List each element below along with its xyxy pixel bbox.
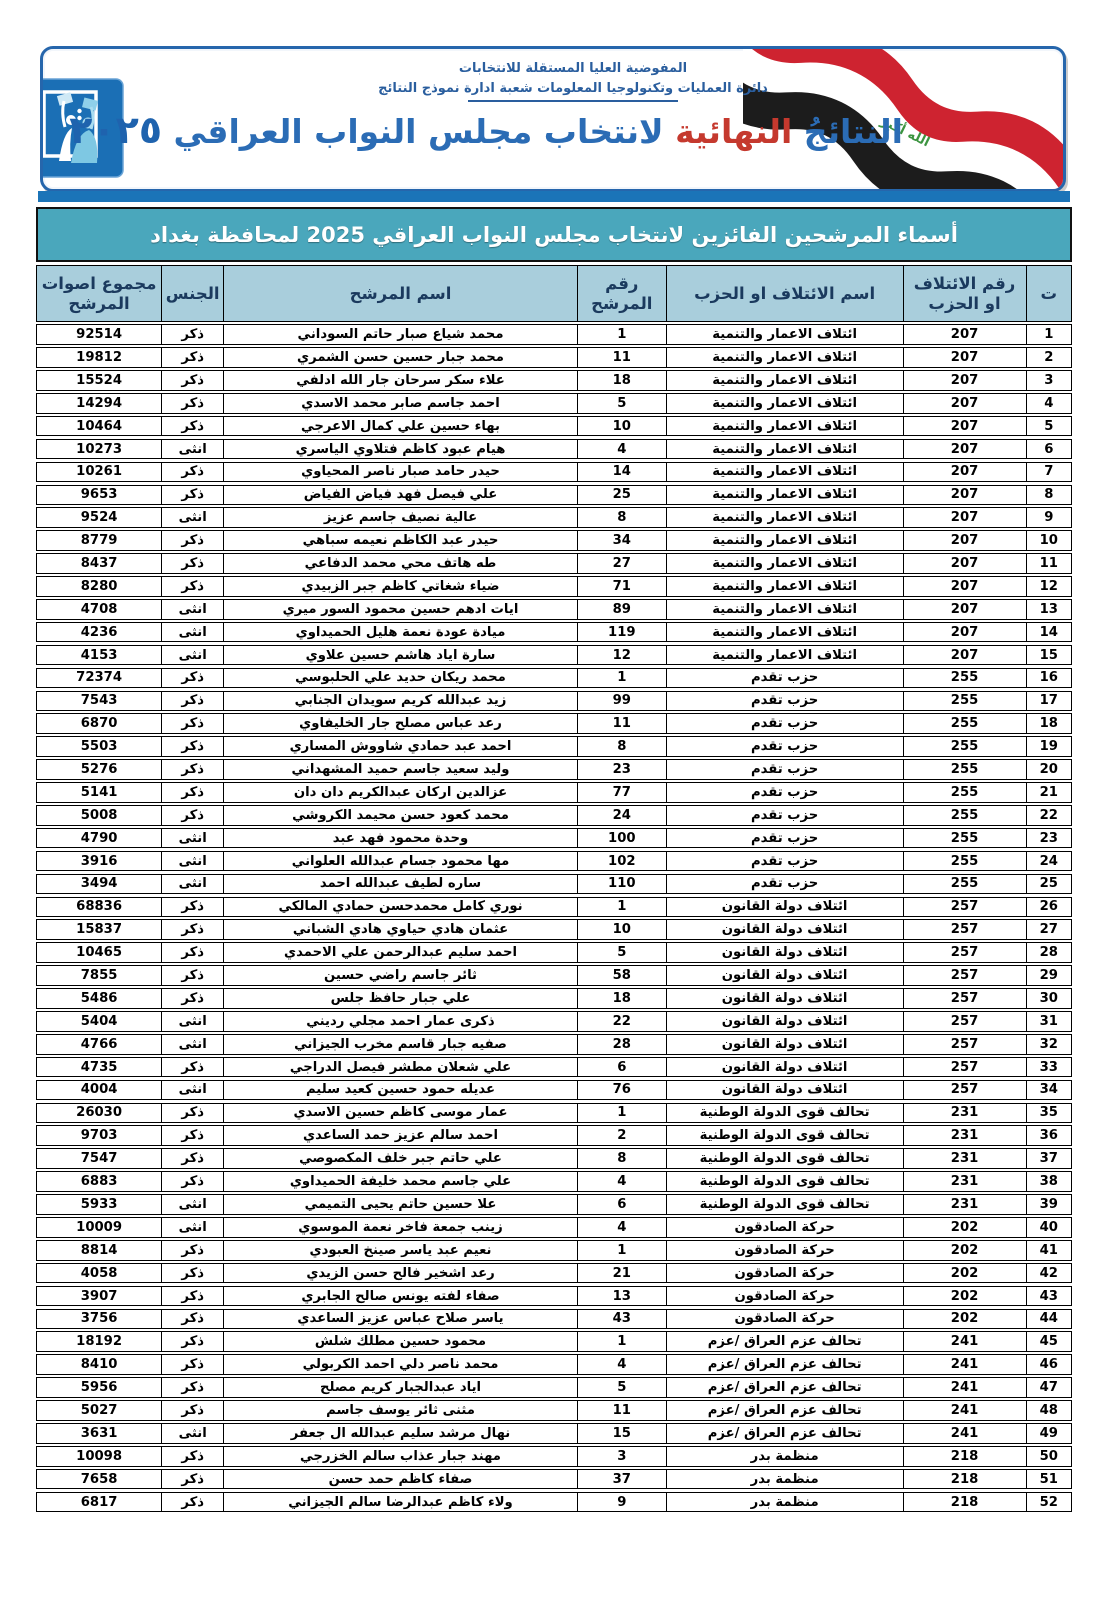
cell-coalition_name: ائتلاف دولة القانون: [667, 1058, 904, 1077]
table-row: 7207ائتلاف الاعمار والتنمية14حيدر حامد ص…: [36, 462, 1072, 483]
cell-seq: 1: [1027, 325, 1071, 344]
cell-votes: 4058: [37, 1264, 162, 1283]
cell-votes: 5027: [37, 1401, 162, 1420]
cell-coalition_no: 255: [904, 692, 1027, 711]
table-row: 45241تحالف عزم العراق /عزم1محمود حسين مط…: [36, 1331, 1072, 1352]
cell-votes: 5933: [37, 1195, 162, 1214]
cell-coalition_name: منظمة بدر: [667, 1493, 904, 1512]
cell-coalition_name: تحالف قوى الدولة الوطنية: [667, 1104, 904, 1123]
cell-gender: ذكر: [162, 1447, 224, 1466]
cell-gender: ذكر: [162, 1378, 224, 1397]
cell-coalition_no: 218: [904, 1493, 1027, 1512]
cell-coalition_name: ائتلاف الاعمار والتنمية: [667, 417, 904, 436]
cell-candidate_no: 11: [578, 348, 667, 367]
cell-coalition_no: 207: [904, 531, 1027, 550]
table-row: 16255حزب تقدم1محمد ريكان حديد علي الحلبو…: [36, 668, 1072, 689]
cell-coalition_no: 255: [904, 875, 1027, 894]
title-year: ٢٠٢٥: [69, 108, 162, 152]
header-divider: [468, 100, 678, 102]
cell-coalition_no: 257: [904, 1035, 1027, 1054]
cell-votes: 92514: [37, 325, 162, 344]
cell-candidate_name: وليد سعيد جاسم حميد المشهداني: [224, 760, 578, 779]
cell-gender: انثى: [162, 1035, 224, 1054]
cell-candidate_no: 71: [578, 577, 667, 596]
cell-coalition_no: 207: [904, 394, 1027, 413]
cell-candidate_no: 76: [578, 1081, 667, 1100]
cell-seq: 18: [1027, 714, 1071, 733]
cell-candidate_name: محمد كعود حسن محيمد الكروشي: [224, 806, 578, 825]
cell-gender: انثى: [162, 1081, 224, 1100]
cell-gender: ذكر: [162, 714, 224, 733]
table-row: 41202حركة الصادقون1نعيم عبد ياسر صينخ ال…: [36, 1240, 1072, 1261]
cell-candidate_name: عالية نصيف جاسم عزيز: [224, 508, 578, 527]
cell-votes: 10098: [37, 1447, 162, 1466]
cell-candidate_no: 11: [578, 714, 667, 733]
cell-seq: 48: [1027, 1401, 1071, 1420]
header-seq: ت: [1027, 266, 1071, 321]
results-table: ت رقم الائتلاف او الحزب اسم الائتلاف او …: [36, 265, 1072, 1512]
title-word-election: لانتخاب مجلس النواب العراقي: [162, 112, 664, 151]
cell-candidate_no: 43: [578, 1310, 667, 1329]
results-document-page: الله أكبر المفوضية العليا المستقلة للانت…: [0, 0, 1108, 1600]
cell-gender: انثى: [162, 646, 224, 665]
cell-seq: 49: [1027, 1424, 1071, 1443]
cell-gender: انثى: [162, 1218, 224, 1237]
cell-coalition_no: 257: [904, 943, 1027, 962]
table-body: 1207ائتلاف الاعمار والتنمية1محمد شياع صب…: [36, 324, 1072, 1512]
table-row: 47241تحالف عزم العراق /عزم5اياد عبدالجبا…: [36, 1377, 1072, 1398]
table-row: 4207ائتلاف الاعمار والتنمية5احمد جاسم صا…: [36, 393, 1072, 414]
cell-coalition_name: تحالف عزم العراق /عزم: [667, 1401, 904, 1420]
cell-coalition_no: 207: [904, 646, 1027, 665]
cell-coalition_no: 257: [904, 1058, 1027, 1077]
cell-gender: ذكر: [162, 463, 224, 482]
cell-coalition_name: ائتلاف دولة القانون: [667, 1012, 904, 1031]
cell-coalition_name: حزب تقدم: [667, 806, 904, 825]
cell-coalition_no: 207: [904, 440, 1027, 459]
cell-candidate_no: 1: [578, 1104, 667, 1123]
cell-seq: 35: [1027, 1104, 1071, 1123]
cell-seq: 8: [1027, 486, 1071, 505]
cell-candidate_name: علي حاتم جبر خلف المكصوصي: [224, 1149, 578, 1168]
cell-gender: ذكر: [162, 1126, 224, 1145]
cell-candidate_no: 12: [578, 646, 667, 665]
cell-gender: ذكر: [162, 1058, 224, 1077]
header-votes: مجموع اصوات المرشح: [37, 266, 162, 321]
cell-candidate_name: صفيه جبار قاسم مخرب الجيزاني: [224, 1035, 578, 1054]
cell-votes: 7855: [37, 966, 162, 985]
cell-votes: 7658: [37, 1470, 162, 1489]
table-row: 27257ائتلاف دولة القانون10عثمان هادي حيا…: [36, 919, 1072, 940]
cell-seq: 2: [1027, 348, 1071, 367]
cell-coalition_name: تحالف قوى الدولة الوطنية: [667, 1126, 904, 1145]
table-row: 40202حركة الصادقون4زينب جمعة فاخر نعمة ا…: [36, 1217, 1072, 1238]
cell-candidate_no: 4: [578, 1172, 667, 1191]
cell-coalition_no: 202: [904, 1241, 1027, 1260]
cell-votes: 8280: [37, 577, 162, 596]
cell-candidate_no: 10: [578, 920, 667, 939]
cell-seq: 46: [1027, 1355, 1071, 1374]
cell-gender: ذكر: [162, 577, 224, 596]
cell-coalition_name: ائتلاف دولة القانون: [667, 1081, 904, 1100]
cell-seq: 30: [1027, 989, 1071, 1008]
cell-coalition_no: 231: [904, 1172, 1027, 1191]
table-row: 14207ائتلاف الاعمار والتنمية119ميادة عود…: [36, 622, 1072, 643]
cell-candidate_name: اياد عبدالجبار كريم مصلح: [224, 1378, 578, 1397]
cell-coalition_name: منظمة بدر: [667, 1447, 904, 1466]
cell-coalition_no: 241: [904, 1355, 1027, 1374]
cell-coalition_name: حزب تقدم: [667, 669, 904, 688]
cell-gender: ذكر: [162, 806, 224, 825]
cell-votes: 4790: [37, 829, 162, 848]
cell-gender: ذكر: [162, 737, 224, 756]
cell-candidate_no: 1: [578, 669, 667, 688]
table-row: 36231تحالف قوى الدولة الوطنية2احمد سالم …: [36, 1125, 1072, 1146]
cell-seq: 25: [1027, 875, 1071, 894]
cell-candidate_no: 4: [578, 1355, 667, 1374]
cell-candidate_no: 5: [578, 394, 667, 413]
cell-seq: 32: [1027, 1035, 1071, 1054]
cell-gender: انثى: [162, 600, 224, 619]
cell-candidate_name: طه هاتف محي محمد الدفاعي: [224, 554, 578, 573]
cell-candidate_name: ضياء شغاتي كاظم جبر الزبيدي: [224, 577, 578, 596]
cell-seq: 47: [1027, 1378, 1071, 1397]
cell-seq: 16: [1027, 669, 1071, 688]
cell-candidate_name: مهند جبار عذاب سالم الخزرجي: [224, 1447, 578, 1466]
cell-coalition_no: 255: [904, 737, 1027, 756]
cell-candidate_no: 27: [578, 554, 667, 573]
cell-votes: 7547: [37, 1149, 162, 1168]
cell-votes: 9703: [37, 1126, 162, 1145]
cell-gender: ذكر: [162, 920, 224, 939]
cell-coalition_name: ائتلاف الاعمار والتنمية: [667, 600, 904, 619]
cell-votes: 3756: [37, 1310, 162, 1329]
cell-seq: 9: [1027, 508, 1071, 527]
cell-seq: 28: [1027, 943, 1071, 962]
cell-coalition_no: 241: [904, 1378, 1027, 1397]
table-row: 37231تحالف قوى الدولة الوطنية8علي حاتم ج…: [36, 1148, 1072, 1169]
cell-candidate_name: بهاء حسين علي كمال الاعرجي: [224, 417, 578, 436]
cell-coalition_name: حزب تقدم: [667, 737, 904, 756]
cell-candidate_no: 5: [578, 943, 667, 962]
table-row: 12207ائتلاف الاعمار والتنمية71ضياء شغاتي…: [36, 576, 1072, 597]
cell-candidate_name: محمد ناصر دلي احمد الكربولي: [224, 1355, 578, 1374]
cell-seq: 52: [1027, 1493, 1071, 1512]
cell-candidate_name: صفاء كاظم حمد حسن: [224, 1470, 578, 1489]
cell-gender: ذكر: [162, 943, 224, 962]
cell-coalition_name: تحالف قوى الدولة الوطنية: [667, 1195, 904, 1214]
cell-candidate_no: 28: [578, 1035, 667, 1054]
cell-gender: ذكر: [162, 1355, 224, 1374]
cell-gender: ذكر: [162, 966, 224, 985]
cell-gender: ذكر: [162, 1172, 224, 1191]
cell-votes: 3907: [37, 1287, 162, 1306]
cell-candidate_name: ميادة عودة نعمة هليل الحميداوي: [224, 623, 578, 642]
cell-coalition_name: تحالف عزم العراق /عزم: [667, 1355, 904, 1374]
cell-candidate_no: 18: [578, 989, 667, 1008]
cell-votes: 5503: [37, 737, 162, 756]
cell-candidate_name: علي شعلان مطشر فيصل الدراجي: [224, 1058, 578, 1077]
cell-gender: انثى: [162, 508, 224, 527]
table-row: 51218منظمة بدر37صفاء كاظم حمد حسنذكر7658: [36, 1469, 1072, 1490]
cell-candidate_no: 6: [578, 1195, 667, 1214]
cell-votes: 15524: [37, 371, 162, 390]
cell-gender: انثى: [162, 829, 224, 848]
cell-seq: 20: [1027, 760, 1071, 779]
cell-candidate_name: عزالدين اركان عبدالكريم دان دان: [224, 783, 578, 802]
cell-gender: ذكر: [162, 554, 224, 573]
page-title: النتائجُ النهائية لانتخاب مجلس النواب ال…: [243, 108, 903, 152]
cell-gender: ذكر: [162, 1264, 224, 1283]
cell-votes: 5956: [37, 1378, 162, 1397]
cell-gender: انثى: [162, 1195, 224, 1214]
cell-votes: 5486: [37, 989, 162, 1008]
cell-coalition_no: 207: [904, 371, 1027, 390]
cell-coalition_no: 257: [904, 898, 1027, 917]
cell-votes: 7543: [37, 692, 162, 711]
cell-coalition_name: تحالف عزم العراق /عزم: [667, 1332, 904, 1351]
cell-candidate_no: 77: [578, 783, 667, 802]
cell-seq: 11: [1027, 554, 1071, 573]
cell-coalition_name: ائتلاف الاعمار والتنمية: [667, 463, 904, 482]
cell-votes: 8779: [37, 531, 162, 550]
cell-votes: 4735: [37, 1058, 162, 1077]
cell-coalition_name: ائتلاف الاعمار والتنمية: [667, 508, 904, 527]
cell-coalition_name: ائتلاف دولة القانون: [667, 1035, 904, 1054]
cell-candidate_name: علي جبار حافظ جلس: [224, 989, 578, 1008]
cell-coalition_no: 207: [904, 486, 1027, 505]
cell-candidate_name: علا حسين حاتم يحيى التميمي: [224, 1195, 578, 1214]
cell-gender: ذكر: [162, 531, 224, 550]
cell-coalition_name: ائتلاف الاعمار والتنمية: [667, 348, 904, 367]
cell-candidate_name: ياسر صلاح عباس عزيز الساعدي: [224, 1310, 578, 1329]
cell-candidate_no: 8: [578, 1149, 667, 1168]
cell-coalition_name: ائتلاف الاعمار والتنمية: [667, 486, 904, 505]
table-row: 15207ائتلاف الاعمار والتنمية12سارة اياد …: [36, 645, 1072, 666]
table-row: 24255حزب تقدم102مها محمود جسام عبدالله ا…: [36, 851, 1072, 872]
cell-coalition_name: ائتلاف الاعمار والتنمية: [667, 394, 904, 413]
cell-votes: 8437: [37, 554, 162, 573]
cell-candidate_name: علاء سكر سرحان جار الله ادلفي: [224, 371, 578, 390]
cell-candidate_no: 23: [578, 760, 667, 779]
cell-coalition_no: 207: [904, 463, 1027, 482]
subtitle-text: أسماء المرشحين الفائزين لانتخاب مجلس الن…: [150, 223, 958, 247]
cell-coalition_name: ائتلاف دولة القانون: [667, 898, 904, 917]
cell-coalition_no: 207: [904, 600, 1027, 619]
table-row: 32257ائتلاف دولة القانون28صفيه جبار قاسم…: [36, 1034, 1072, 1055]
cell-candidate_name: حيدر حامد صبار ناصر المحياوي: [224, 463, 578, 482]
cell-candidate_name: رعد اشخير فالح حسن الزيدي: [224, 1264, 578, 1283]
title-word-results: النتائجُ: [792, 112, 903, 151]
table-row: 34257ائتلاف دولة القانون76عديله حمود حسي…: [36, 1080, 1072, 1101]
table-row: 42202حركة الصادقون21رعد اشخير فالح حسن ا…: [36, 1263, 1072, 1284]
cell-coalition_no: 207: [904, 417, 1027, 436]
cell-seq: 36: [1027, 1126, 1071, 1145]
cell-seq: 15: [1027, 646, 1071, 665]
cell-gender: ذكر: [162, 486, 224, 505]
cell-seq: 10: [1027, 531, 1071, 550]
cell-votes: 4708: [37, 600, 162, 619]
cell-candidate_name: ايات ادهم حسين محمود السور ميري: [224, 600, 578, 619]
table-row: 30257ائتلاف دولة القانون18علي جبار حافظ …: [36, 988, 1072, 1009]
cell-coalition_no: 207: [904, 348, 1027, 367]
cell-votes: 68836: [37, 898, 162, 917]
cell-candidate_name: زيد عبدالله كريم سويدان الجنابي: [224, 692, 578, 711]
cell-coalition_no: 257: [904, 920, 1027, 939]
table-row: 44202حركة الصادقون43ياسر صلاح عباس عزيز …: [36, 1309, 1072, 1330]
cell-coalition_name: ائتلاف دولة القانون: [667, 989, 904, 1008]
cell-coalition_name: حزب تقدم: [667, 760, 904, 779]
cell-coalition_name: منظمة بدر: [667, 1470, 904, 1489]
table-row: 23255حزب تقدم100وحدة محمود فهد عبدانثى47…: [36, 828, 1072, 849]
cell-candidate_no: 4: [578, 440, 667, 459]
cell-candidate_name: نهال مرشد سليم عبدالله ال جعفر: [224, 1424, 578, 1443]
cell-candidate_name: نعيم عبد ياسر صينخ العبودي: [224, 1241, 578, 1260]
cell-votes: 3631: [37, 1424, 162, 1443]
cell-seq: 31: [1027, 1012, 1071, 1031]
cell-candidate_name: احمد عبد حمادي شاووش المساري: [224, 737, 578, 756]
cell-coalition_name: ائتلاف دولة القانون: [667, 943, 904, 962]
cell-votes: 6817: [37, 1493, 162, 1512]
cell-seq: 44: [1027, 1310, 1071, 1329]
cell-coalition_no: 257: [904, 1012, 1027, 1031]
cell-candidate_name: سارة اياد هاشم حسين علاوي: [224, 646, 578, 665]
cell-candidate_name: احمد جاسم صابر محمد الاسدي: [224, 394, 578, 413]
cell-seq: 21: [1027, 783, 1071, 802]
cell-coalition_name: حركة الصادقون: [667, 1241, 904, 1260]
cell-candidate_name: رعد عباس مصلح جار الخليفاوي: [224, 714, 578, 733]
cell-votes: 8814: [37, 1241, 162, 1260]
cell-seq: 51: [1027, 1470, 1071, 1489]
cell-gender: ذكر: [162, 417, 224, 436]
table-row: 20255حزب تقدم23وليد سعيد جاسم حميد المشه…: [36, 759, 1072, 780]
cell-candidate_no: 34: [578, 531, 667, 550]
cell-seq: 27: [1027, 920, 1071, 939]
cell-candidate_no: 1: [578, 325, 667, 344]
cell-coalition_no: 255: [904, 829, 1027, 848]
cell-coalition_name: حزب تقدم: [667, 852, 904, 871]
cell-coalition_no: 231: [904, 1126, 1027, 1145]
cell-gender: ذكر: [162, 348, 224, 367]
cell-coalition_name: حزب تقدم: [667, 875, 904, 894]
cell-coalition_no: 218: [904, 1447, 1027, 1466]
cell-candidate_no: 1: [578, 1332, 667, 1351]
cell-votes: 3916: [37, 852, 162, 871]
table-row: 31257ائتلاف دولة القانون22ذكرى عمار احمد…: [36, 1011, 1072, 1032]
cell-gender: ذكر: [162, 394, 224, 413]
cell-candidate_name: مثنى ثائر يوسف جاسم: [224, 1401, 578, 1420]
table-row: 18255حزب تقدم11رعد عباس مصلح جار الخليفا…: [36, 713, 1072, 734]
cell-candidate_no: 10: [578, 417, 667, 436]
cell-coalition_no: 231: [904, 1195, 1027, 1214]
department-name-line: دائرة العمليات وتكنولوجيا المعلومات شعبة…: [243, 79, 903, 99]
cell-votes: 15837: [37, 920, 162, 939]
cell-votes: 19812: [37, 348, 162, 367]
cell-seq: 24: [1027, 852, 1071, 871]
cell-candidate_name: عمار موسى كاظم حسين الاسدي: [224, 1104, 578, 1123]
cell-gender: انثى: [162, 623, 224, 642]
cell-candidate_name: صفاء لفته يونس صالح الجابري: [224, 1287, 578, 1306]
table-row: 33257ائتلاف دولة القانون6علي شعلان مطشر …: [36, 1057, 1072, 1078]
cell-candidate_no: 2: [578, 1126, 667, 1145]
table-row: 39231تحالف قوى الدولة الوطنية6علا حسين ح…: [36, 1194, 1072, 1215]
cell-votes: 4236: [37, 623, 162, 642]
cell-gender: ذكر: [162, 325, 224, 344]
cell-seq: 29: [1027, 966, 1071, 985]
cell-candidate_name: محمود حسين مطلك شلش: [224, 1332, 578, 1351]
cell-votes: 4153: [37, 646, 162, 665]
cell-candidate_no: 102: [578, 852, 667, 871]
table-row: 48241تحالف عزم العراق /عزم11مثنى ثائر يو…: [36, 1400, 1072, 1421]
cell-candidate_name: ولاء كاظم عبدالرضا سالم الجيزاني: [224, 1493, 578, 1512]
cell-coalition_no: 207: [904, 508, 1027, 527]
cell-candidate_no: 25: [578, 486, 667, 505]
cell-seq: 42: [1027, 1264, 1071, 1283]
cell-votes: 6883: [37, 1172, 162, 1191]
cell-candidate_no: 119: [578, 623, 667, 642]
cell-candidate_no: 3: [578, 1447, 667, 1466]
table-row: 9207ائتلاف الاعمار والتنمية8عالية نصيف ج…: [36, 507, 1072, 528]
cell-candidate_name: ساره لطيف عبدالله احمد: [224, 875, 578, 894]
cell-coalition_no: 255: [904, 806, 1027, 825]
cell-candidate_no: 99: [578, 692, 667, 711]
cell-candidate_name: عثمان هادي حياوي هادي الشباني: [224, 920, 578, 939]
table-row: 6207ائتلاف الاعمار والتنمية4هيام عبود كا…: [36, 439, 1072, 460]
cell-gender: ذكر: [162, 898, 224, 917]
cell-gender: انثى: [162, 1424, 224, 1443]
cell-coalition_no: 202: [904, 1264, 1027, 1283]
commission-name-line: المفوضية العليا المستقلة للانتخابات: [243, 59, 903, 79]
cell-coalition_name: تحالف عزم العراق /عزم: [667, 1424, 904, 1443]
cell-coalition_no: 202: [904, 1287, 1027, 1306]
cell-gender: ذكر: [162, 371, 224, 390]
cell-gender: ذكر: [162, 692, 224, 711]
cell-gender: ذكر: [162, 783, 224, 802]
cell-votes: 14294: [37, 394, 162, 413]
table-row: 52218منظمة بدر9ولاء كاظم عبدالرضا سالم ا…: [36, 1492, 1072, 1513]
subtitle-bar: أسماء المرشحين الفائزين لانتخاب مجلس الن…: [36, 207, 1072, 262]
cell-candidate_no: 58: [578, 966, 667, 985]
table-header-row: ت رقم الائتلاف او الحزب اسم الائتلاف او …: [36, 265, 1072, 322]
cell-votes: 5404: [37, 1012, 162, 1031]
cell-gender: ذكر: [162, 1310, 224, 1329]
cell-coalition_name: تحالف قوى الدولة الوطنية: [667, 1149, 904, 1168]
cell-coalition_name: ائتلاف دولة القانون: [667, 920, 904, 939]
table-row: 19255حزب تقدم8احمد عبد حمادي شاووش المسا…: [36, 736, 1072, 757]
table-row: 11207ائتلاف الاعمار والتنمية27طه هاتف مح…: [36, 553, 1072, 574]
table-row: 50218منظمة بدر3مهند جبار عذاب سالم الخزر…: [36, 1446, 1072, 1467]
cell-candidate_no: 1: [578, 898, 667, 917]
cell-votes: 10464: [37, 417, 162, 436]
cell-candidate_name: محمد ريكان حديد علي الحلبوسي: [224, 669, 578, 688]
cell-coalition_no: 207: [904, 577, 1027, 596]
cell-gender: ذكر: [162, 1287, 224, 1306]
cell-coalition_name: حزب تقدم: [667, 783, 904, 802]
cell-votes: 9653: [37, 486, 162, 505]
cell-coalition_no: 207: [904, 623, 1027, 642]
table-row: 13207ائتلاف الاعمار والتنمية89ايات ادهم …: [36, 599, 1072, 620]
table-row: 38231تحالف قوى الدولة الوطنية4علي جاسم م…: [36, 1171, 1072, 1192]
cell-coalition_no: 218: [904, 1470, 1027, 1489]
cell-candidate_name: محمد جبار حسين حسن الشمري: [224, 348, 578, 367]
cell-seq: 37: [1027, 1149, 1071, 1168]
cell-seq: 23: [1027, 829, 1071, 848]
table-row: 1207ائتلاف الاعمار والتنمية1محمد شياع صب…: [36, 324, 1072, 345]
cell-votes: 10273: [37, 440, 162, 459]
table-row: 3207ائتلاف الاعمار والتنمية18علاء سكر سر…: [36, 370, 1072, 391]
cell-seq: 5: [1027, 417, 1071, 436]
cell-coalition_no: 257: [904, 989, 1027, 1008]
